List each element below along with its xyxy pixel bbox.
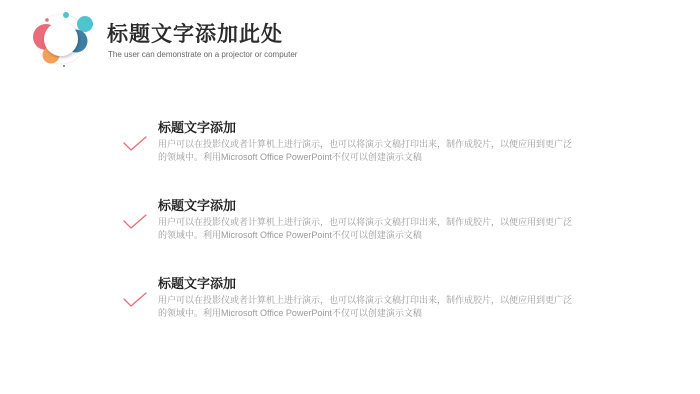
item-title: 标题文字添加 [158, 198, 236, 214]
item-description: 用户可以在投影仪或者计算机上进行演示，也可以将演示文稿打印出来，制作成胶片，以便… [158, 138, 578, 164]
item-description: 用户可以在投影仪或者计算机上进行演示，也可以将演示文稿打印出来，制作成胶片，以便… [158, 216, 578, 242]
item-title: 标题文字添加 [158, 276, 236, 292]
list-item: 标题文字添加 用户可以在投影仪或者计算机上进行演示，也可以将演示文稿打印出来，制… [118, 198, 588, 258]
check-icon [122, 212, 148, 232]
list-item: 标题文字添加 用户可以在投影仪或者计算机上进行演示，也可以将演示文稿打印出来，制… [118, 276, 588, 336]
page-title: 标题文字添加此处 [107, 21, 283, 49]
item-title: 标题文字添加 [158, 120, 236, 136]
list-item: 标题文字添加 用户可以在投影仪或者计算机上进行演示，也可以将演示文稿打印出来，制… [118, 120, 588, 180]
item-description: 用户可以在投影仪或者计算机上进行演示，也可以将演示文稿打印出来，制作成胶片，以便… [158, 294, 578, 320]
check-icon [122, 290, 148, 310]
page-subtitle: The user can demonstrate on a projector … [108, 50, 297, 60]
check-icon [122, 134, 148, 154]
slide: 标题文字添加此处 The user can demonstrate on a p… [0, 0, 700, 394]
logo-circles-icon [0, 0, 110, 75]
